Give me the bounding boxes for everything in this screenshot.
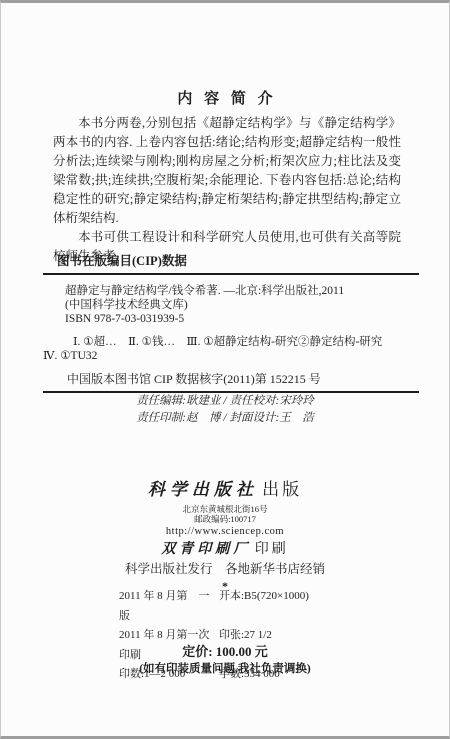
publisher-address: 北京东黄城根北街16号 (1, 504, 449, 514)
printer-line: 双青印刷厂 印刷 (1, 541, 449, 559)
publisher-block: 科学出版社 出版 北京东黄城根北街16号 邮政编码:100717 http://… (1, 479, 449, 592)
cip-data-section: 图书在版编目(CIP)数据 超静定与静定结构学/钱令希著. —北京:科学出版社,… (43, 251, 419, 393)
staff-line-editors: 责任编辑:耿建业 / 责任校对:宋玲玲 (1, 393, 449, 410)
content-summary-section: 内 容 简 介 本书分两卷,分别包括《超静定结构学》与《静定结构学》两本书的内容… (53, 87, 401, 266)
colophon-row: 2011 年 8 月第 一 版 开本:B5(720×1000) (119, 587, 349, 626)
cip-series-line: (中国科学技术经典文库) (43, 298, 419, 312)
summary-title: 内 容 简 介 (53, 87, 401, 108)
distribution-line: 科学出版社发行 各地新华书店经销 (1, 561, 449, 577)
cip-body: 超静定与静定结构学/钱令希著. —北京:科学出版社,2011 (中国科学技术经典… (43, 284, 419, 386)
quality-note: (如有印装质量问题,我社负责调换) (1, 660, 449, 676)
cip-record-number: 中国版本图书馆 CIP 数据核字(2011)第 152215 号 (43, 372, 419, 386)
printer-role-label: 印刷 (255, 542, 289, 557)
cip-isbn: ISBN 978-7-03-031939-5 (43, 312, 419, 326)
summary-paragraph-1: 本书分两卷,分别包括《超静定结构学》与《静定结构学》两本书的内容. 上卷内容包括… (53, 114, 401, 228)
book-copyright-page: 内 容 简 介 本书分两卷,分别包括《超静定结构学》与《静定结构学》两本书的内容… (0, 0, 450, 739)
publisher-url: http://www.sciencep.com (1, 525, 449, 538)
cip-header: 图书在版编目(CIP)数据 (43, 251, 419, 269)
price-line: 定价: 100.00 元 (1, 641, 449, 660)
edition-date: 2011 年 8 月第 一 版 (119, 587, 219, 626)
printer-name: 双青印刷厂 (161, 542, 251, 557)
staff-credits: 责任编辑:耿建业 / 责任校对:宋玲玲 责任印制:赵 博 / 封面设计:王 浩 (1, 393, 449, 427)
staff-line-design: 责任印制:赵 博 / 封面设计:王 浩 (1, 410, 449, 427)
format-spec: 开本:B5(720×1000) (219, 587, 349, 626)
cip-classification-line-2: Ⅳ. ①TU32 (43, 349, 419, 363)
publisher-name: 科学出版社 (148, 480, 258, 499)
cip-classification-line-1: Ⅰ. ①超… Ⅱ. ①钱… Ⅲ. ①超静定结构-研究②静定结构-研究 (43, 335, 419, 349)
publisher-role-label: 出版 (262, 480, 302, 499)
divider-line-top (43, 273, 419, 275)
publisher-postcode: 邮政编码:100717 (1, 514, 449, 524)
cip-title-line: 超静定与静定结构学/钱令希著. —北京:科学出版社,2011 (43, 284, 419, 298)
publisher-name-line: 科学出版社 出版 (1, 479, 449, 501)
